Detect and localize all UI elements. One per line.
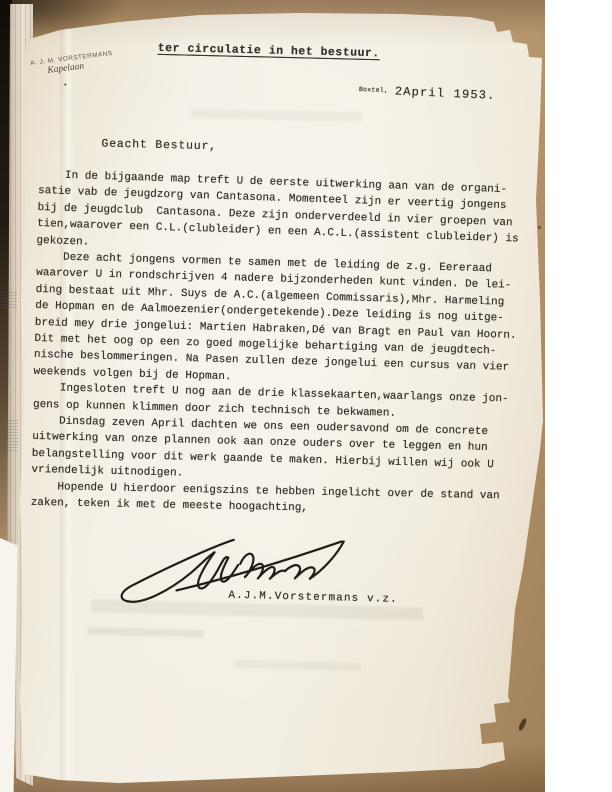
dateline-date: 2April 1953. <box>395 85 496 103</box>
paragraph-4: Dinsdag zeven April dachten we ons een o… <box>31 413 538 491</box>
signature-block: A.J.M.Vorstermans v.z. <box>28 525 536 629</box>
paragraph-2: Deze acht jongens vormen te samen met de… <box>33 249 542 394</box>
dateline: Boxtel, 2April 1953. <box>358 82 547 109</box>
scanned-letter-photo: A. J. M. VORSTERMANS Kapelaan • ter circ… <box>0 0 612 792</box>
dateline-place: Boxtel, <box>358 82 388 100</box>
scan-margin <box>545 0 612 792</box>
letter-paper: A. J. M. VORSTERMANS Kapelaan • ter circ… <box>16 8 544 784</box>
bleedthrough-smudge <box>235 660 361 671</box>
salutation: Geacht Bestuur, <box>101 136 545 163</box>
bleedthrough-smudge <box>87 627 203 637</box>
letter-text: In de bijgaande map treft U de eerste ui… <box>30 167 544 523</box>
page-edge-mark <box>1 420 18 452</box>
letter-body: ter circulatie in het bestuur. Boxtel, 2… <box>25 38 547 730</box>
page-edge-mark <box>2 292 17 308</box>
paper-speck <box>538 226 541 229</box>
paper-speck <box>518 718 528 732</box>
circulation-heading: ter circulatie in het bestuur. <box>158 41 380 63</box>
bleedthrough-smudge <box>190 109 362 122</box>
